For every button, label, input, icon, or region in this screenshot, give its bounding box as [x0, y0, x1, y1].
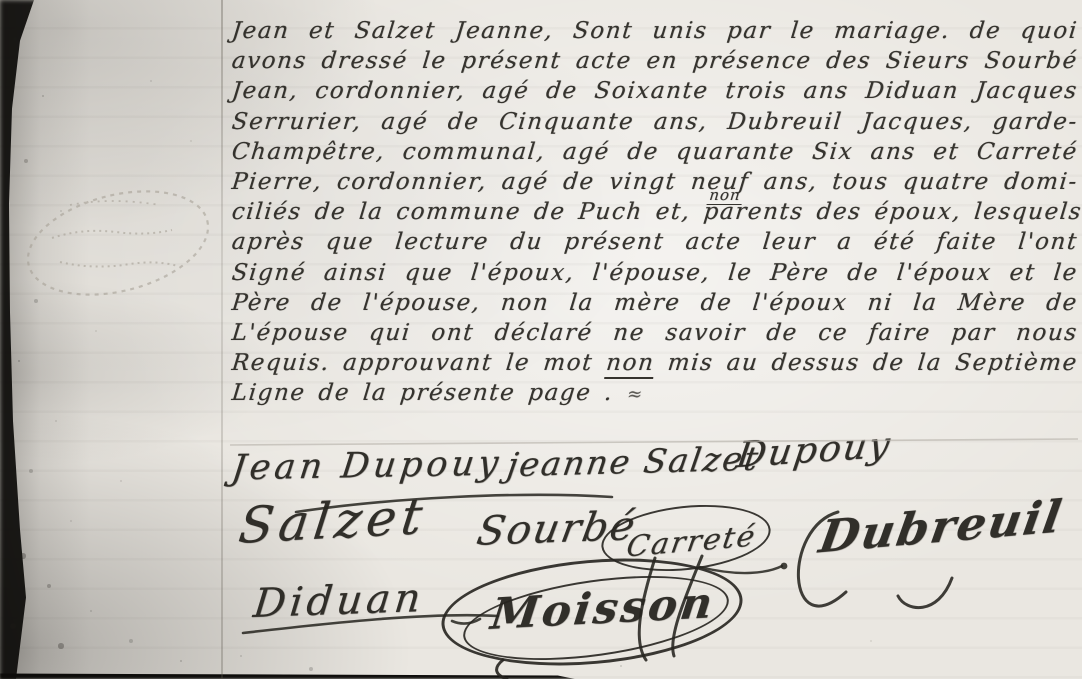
oval-stamp	[17, 174, 219, 312]
line-12-after: mis au dessus de la Septième	[653, 350, 1079, 376]
handwritten-line-3: Jean, cordonnier, agé de Soixante trois …	[230, 78, 1079, 108]
line-12-before: Requis. approuvant le mot	[230, 350, 607, 376]
handwritten-line-11: L'épouse qui ont déclaré ne savoir de ce…	[230, 320, 1079, 350]
handwritten-line-7: ciliés de la commune de Puch et, parents…	[230, 199, 1079, 229]
handwritten-line-6: Pierre, cordonnier, agé de vingt neuf an…	[230, 169, 1079, 199]
paper-noise-speckles	[0, 0, 2, 2]
signature-dubreuil: Dubreuil	[816, 490, 1067, 564]
signature-diduan: Diduan	[251, 575, 426, 627]
line-13-text: Ligne de la présente page .	[230, 380, 614, 406]
end-flourish-mark: ≈	[626, 384, 645, 405]
handwritten-line-12: Requis. approuvant le mot non mis au des…	[230, 350, 1079, 380]
signature-sourbe: Sourbé	[473, 503, 640, 554]
handwritten-line-4: Serrurier, agé de Cinquante ans, Dubreui…	[230, 109, 1079, 139]
scanned-document-page: Jean et Salzet Jeanne, Sont unis par le …	[0, 0, 1082, 679]
handwritten-text-block: Jean et Salzet Jeanne, Sont unis par le …	[230, 18, 1076, 410]
handwritten-line-9: Signé ainsi que l'époux, l'épouse, le Pè…	[230, 260, 1079, 290]
handwritten-line-5: Champêtre, communal, agé de quarante Six…	[230, 139, 1079, 169]
handwritten-line-1: Jean et Salzet Jeanne, Sont unis par le …	[230, 18, 1079, 48]
handwritten-line-2: avons dressé le présent acte en présence…	[230, 48, 1079, 78]
page-fold-line	[221, 0, 223, 679]
carrete-ink-dot	[781, 563, 788, 570]
handwritten-line-8: après que lecture du présent acte leur a…	[230, 229, 1079, 259]
signature-dupouy: Dupouy	[734, 425, 894, 477]
handwritten-line-13: Ligne de la présente page .≈	[230, 380, 1079, 410]
interlinear-insertion-non: non	[706, 186, 743, 205]
signature-jeanne-salzet: jeanne Salzet	[505, 439, 763, 485]
scan-edge-left	[0, 0, 46, 679]
handwritten-line-7-text: ciliés de la commune de Puch et, parents…	[230, 199, 1082, 225]
line-12-underlined-word: non	[605, 350, 656, 379]
scan-edge-bottom	[0, 669, 575, 679]
signature-salzet: Salzet	[236, 487, 431, 555]
signature-jean-dupouy: Jean Dupouy	[229, 444, 504, 489]
handwritten-line-10: Père de l'épouse, non la mère de l'époux…	[230, 290, 1079, 320]
